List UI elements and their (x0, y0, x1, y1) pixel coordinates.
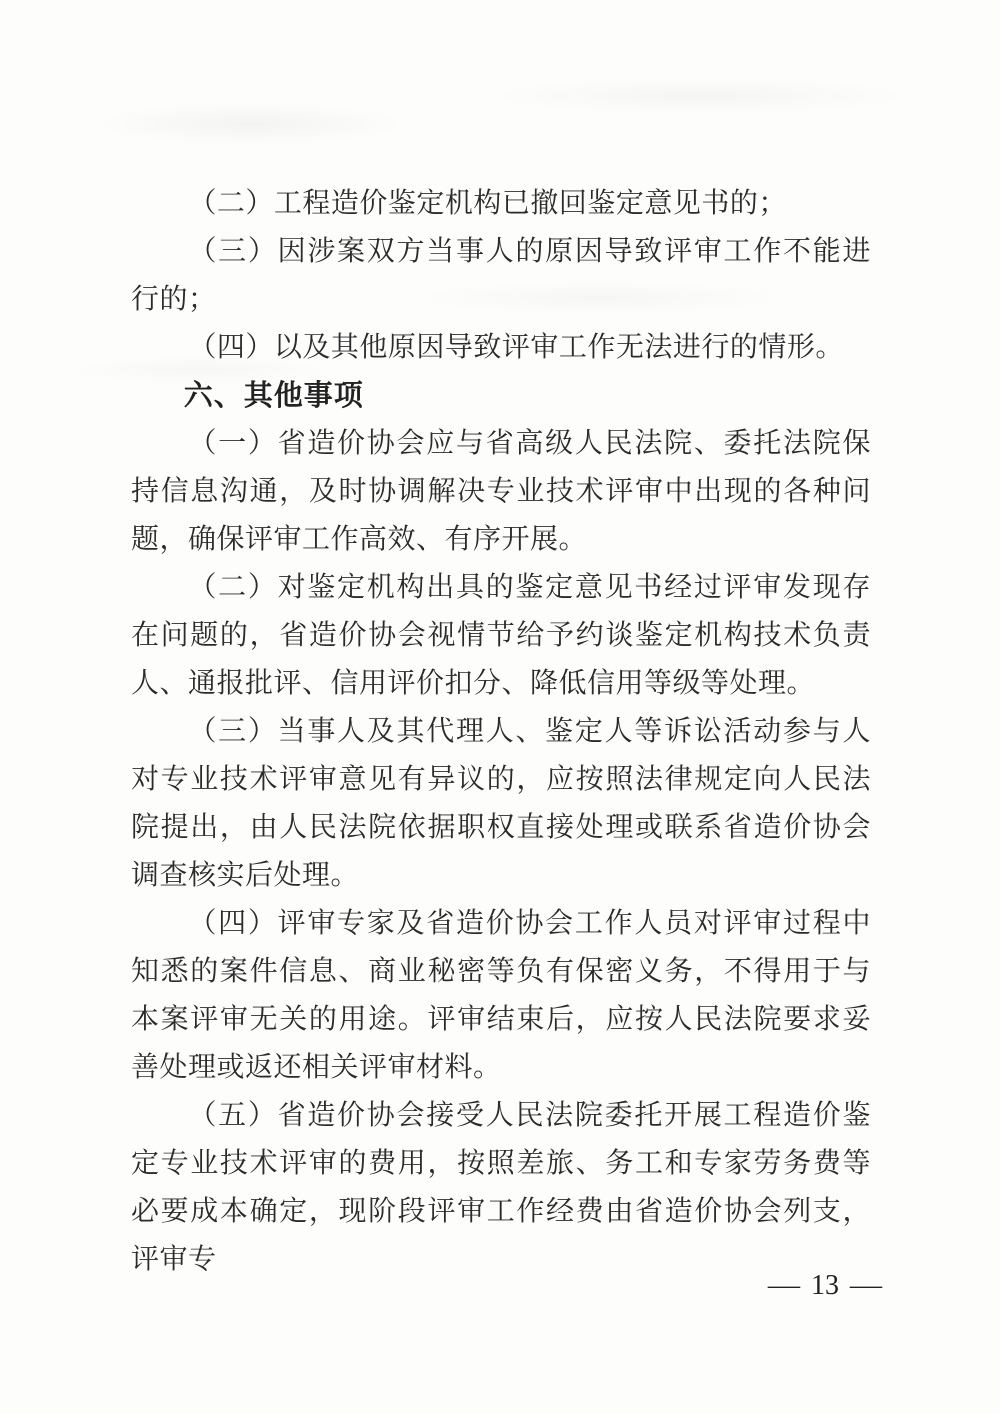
page-number: 13 (811, 1262, 839, 1310)
paragraph: （四）以及其他原因导致评审工作无法进行的情形。 (131, 324, 871, 372)
paragraph: （五）省造价协会接受人民法院委托开展工程造价鉴定专业技术评审的费用，按照差旅、务… (131, 1092, 871, 1284)
page-number-dash-right: — (850, 1262, 882, 1310)
paragraph: （二）对鉴定机构出具的鉴定意见书经过评审发现存在问题的，省造价协会视情节给予约谈… (131, 564, 871, 708)
paragraph: （二）工程造价鉴定机构已撤回鉴定意见书的； (131, 180, 871, 228)
paragraph: （一）省造价协会应与省高级人民法院、委托法院保持信息沟通，及时协调解决专业技术评… (131, 420, 871, 564)
scan-noise (0, 40, 1000, 180)
section-heading: 六、其他事项 (131, 372, 871, 420)
paragraph: （四）评审专家及省造价协会工作人员对评审过程中知悉的案件信息、商业秘密等负有保密… (131, 900, 871, 1092)
paragraph: （三）因涉案双方当事人的原因导致评审工作不能进行的； (131, 228, 871, 324)
document-page: （二）工程造价鉴定机构已撤回鉴定意见书的；（三）因涉案双方当事人的原因导致评审工… (0, 0, 1000, 1414)
page-number-dash-left: — (768, 1262, 800, 1310)
document-body: （二）工程造价鉴定机构已撤回鉴定意见书的；（三）因涉案双方当事人的原因导致评审工… (131, 180, 871, 1284)
page-footer: — 13 — (770, 1262, 880, 1310)
paragraph: （三）当事人及其代理人、鉴定人等诉讼活动参与人对专业技术评审意见有异议的，应按照… (131, 708, 871, 900)
